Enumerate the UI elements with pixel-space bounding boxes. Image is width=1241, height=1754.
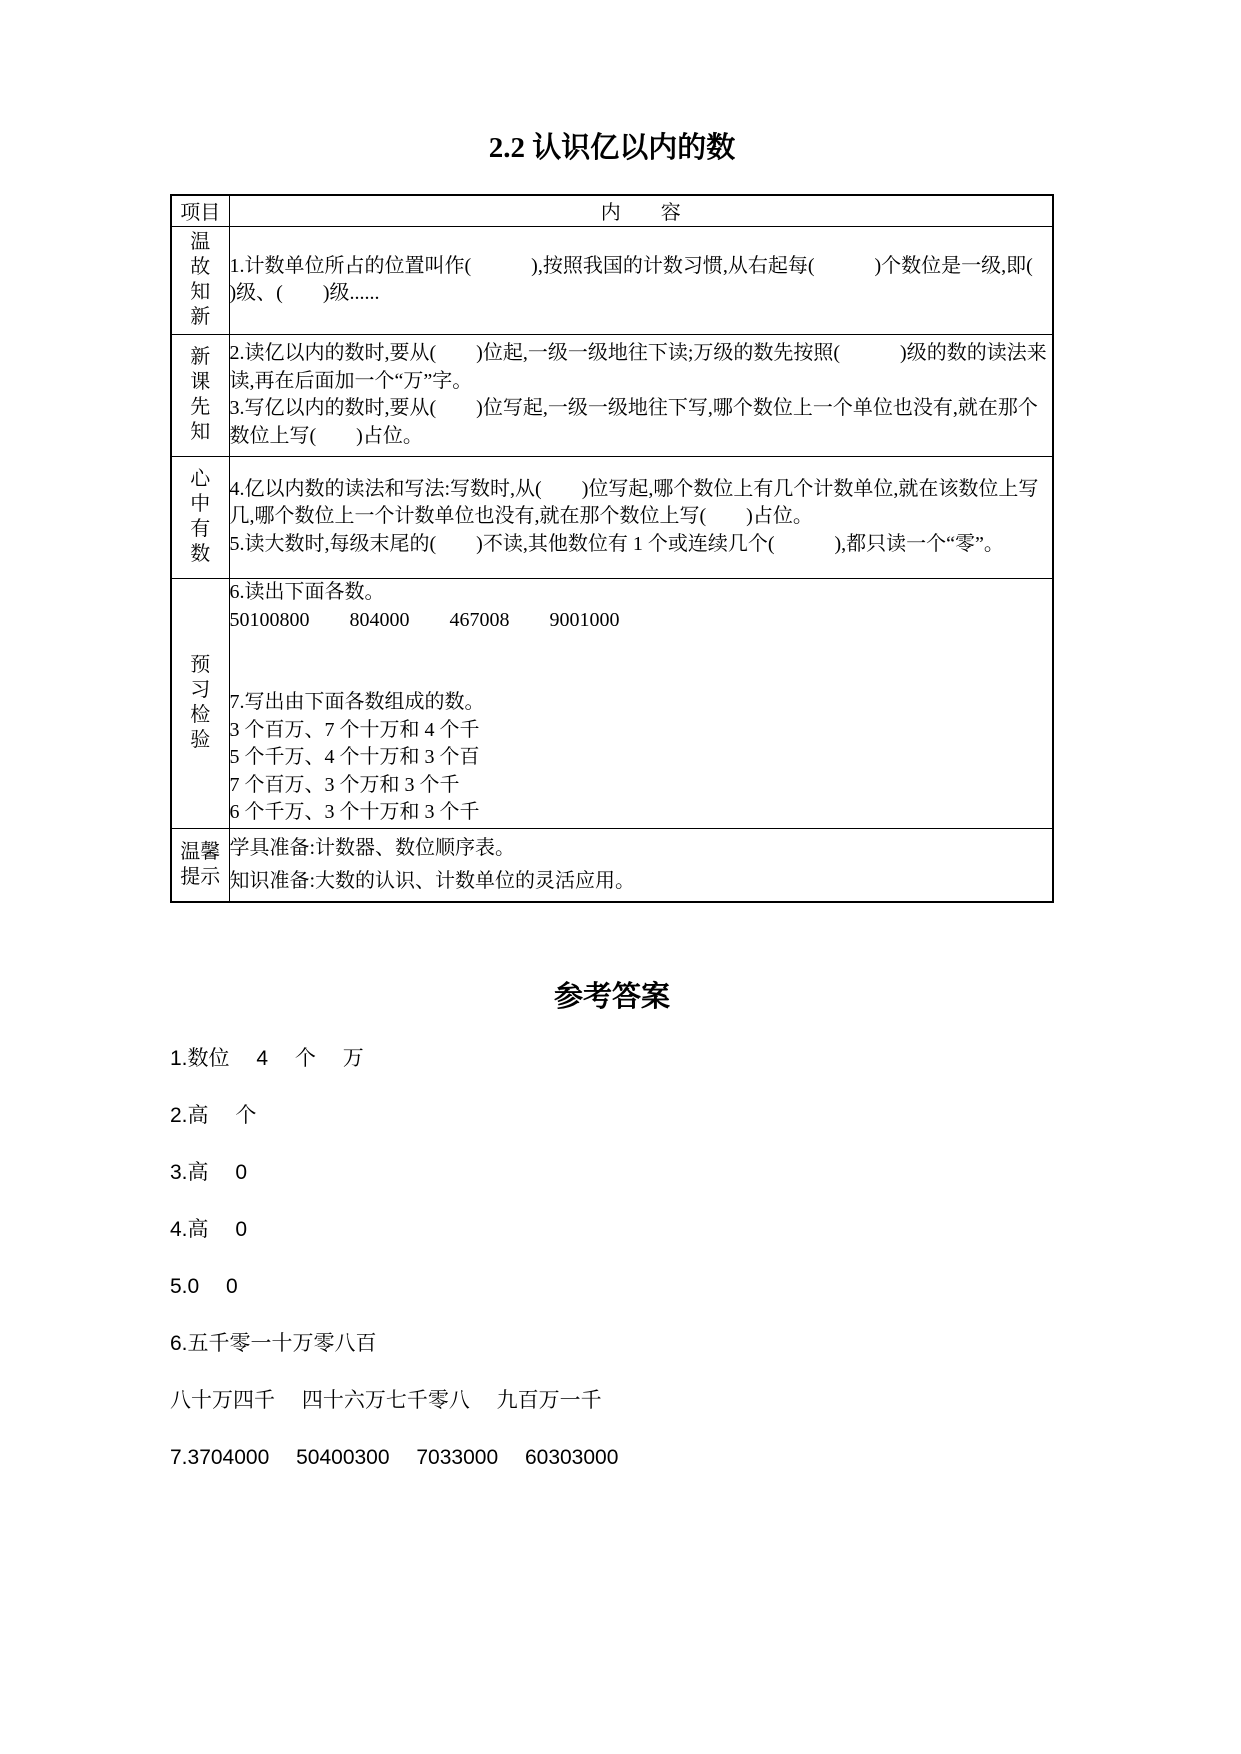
worksheet-page: 2.2 认识亿以内的数 项目 内 容 温 故 知 新 1.计数单位所占的位置叫作… xyxy=(0,0,1241,1754)
table-row: 温 故 知 新 1.计数单位所占的位置叫作( ),按照我国的计数习惯,从右起每(… xyxy=(171,226,1053,334)
row-content-know-well: 4.亿以内数的读法和写法:写数时,从( )位写起,哪个数位上有几个计数单位,就在… xyxy=(229,456,1053,578)
page-title: 2.2 认识亿以内的数 xyxy=(170,128,1054,168)
row-content-new-lesson: 2.读亿以内的数时,要从( )位起,一级一级地往下读;万级的数先按照( )级的数… xyxy=(229,334,1053,456)
answers-list: 1.数位 4 个 万 2.高 个 3.高 0 4.高 0 5.0 0 6.五千零… xyxy=(170,1045,1054,1472)
row-content-preview-check: 6.读出下面各数。 50100800 804000 467008 9001000… xyxy=(229,578,1053,828)
answer-line-3: 3.高 0 xyxy=(170,1159,1054,1187)
header-item-cell: 项目 xyxy=(171,195,229,226)
row-label-new-lesson: 新 课 先 知 xyxy=(171,334,229,456)
header-content-cell: 内 容 xyxy=(229,195,1053,226)
row-label-tips: 温馨 提示 xyxy=(171,828,229,902)
row-content-review: 1.计数单位所占的位置叫作( ),按照我国的计数习惯,从右起每( )个数位是一级… xyxy=(229,226,1053,334)
table-row: 温馨 提示 学具准备:计数器、数位顺序表。 知识准备:大数的认识、计数单位的灵活… xyxy=(171,828,1053,902)
answer-line-7: 7.3704000 50400300 7033000 60303000 xyxy=(170,1444,1054,1472)
answer-line-1: 1.数位 4 个 万 xyxy=(170,1045,1054,1073)
worksheet-table: 项目 内 容 温 故 知 新 1.计数单位所占的位置叫作( ),按照我国的计数习… xyxy=(170,194,1054,903)
table-row: 新 课 先 知 2.读亿以内的数时,要从( )位起,一级一级地往下读;万级的数先… xyxy=(171,334,1053,456)
answer-line-2: 2.高 个 xyxy=(170,1102,1054,1130)
page-content: 2.2 认识亿以内的数 项目 内 容 温 故 知 新 1.计数单位所占的位置叫作… xyxy=(170,0,1054,1472)
answer-line-5: 5.0 0 xyxy=(170,1273,1054,1301)
table-row: 心 中 有 数 4.亿以内数的读法和写法:写数时,从( )位写起,哪个数位上有几… xyxy=(171,456,1053,578)
row-content-tips: 学具准备:计数器、数位顺序表。 知识准备:大数的认识、计数单位的灵活应用。 xyxy=(229,828,1053,902)
row-label-preview-check: 预 习 检 验 xyxy=(171,578,229,828)
table-header-row: 项目 内 容 xyxy=(171,195,1053,226)
answer-line-4: 4.高 0 xyxy=(170,1216,1054,1244)
answer-line-6: 6.五千零一十万零八百 xyxy=(170,1330,1054,1358)
table-row: 预 习 检 验 6.读出下面各数。 50100800 804000 467008… xyxy=(171,578,1053,828)
answer-line-6b: 八十万四千 四十六万七千零八 九百万一千 xyxy=(170,1387,1054,1415)
answers-title: 参考答案 xyxy=(170,977,1054,1017)
row-label-know-well: 心 中 有 数 xyxy=(171,456,229,578)
row-label-review: 温 故 知 新 xyxy=(171,226,229,334)
